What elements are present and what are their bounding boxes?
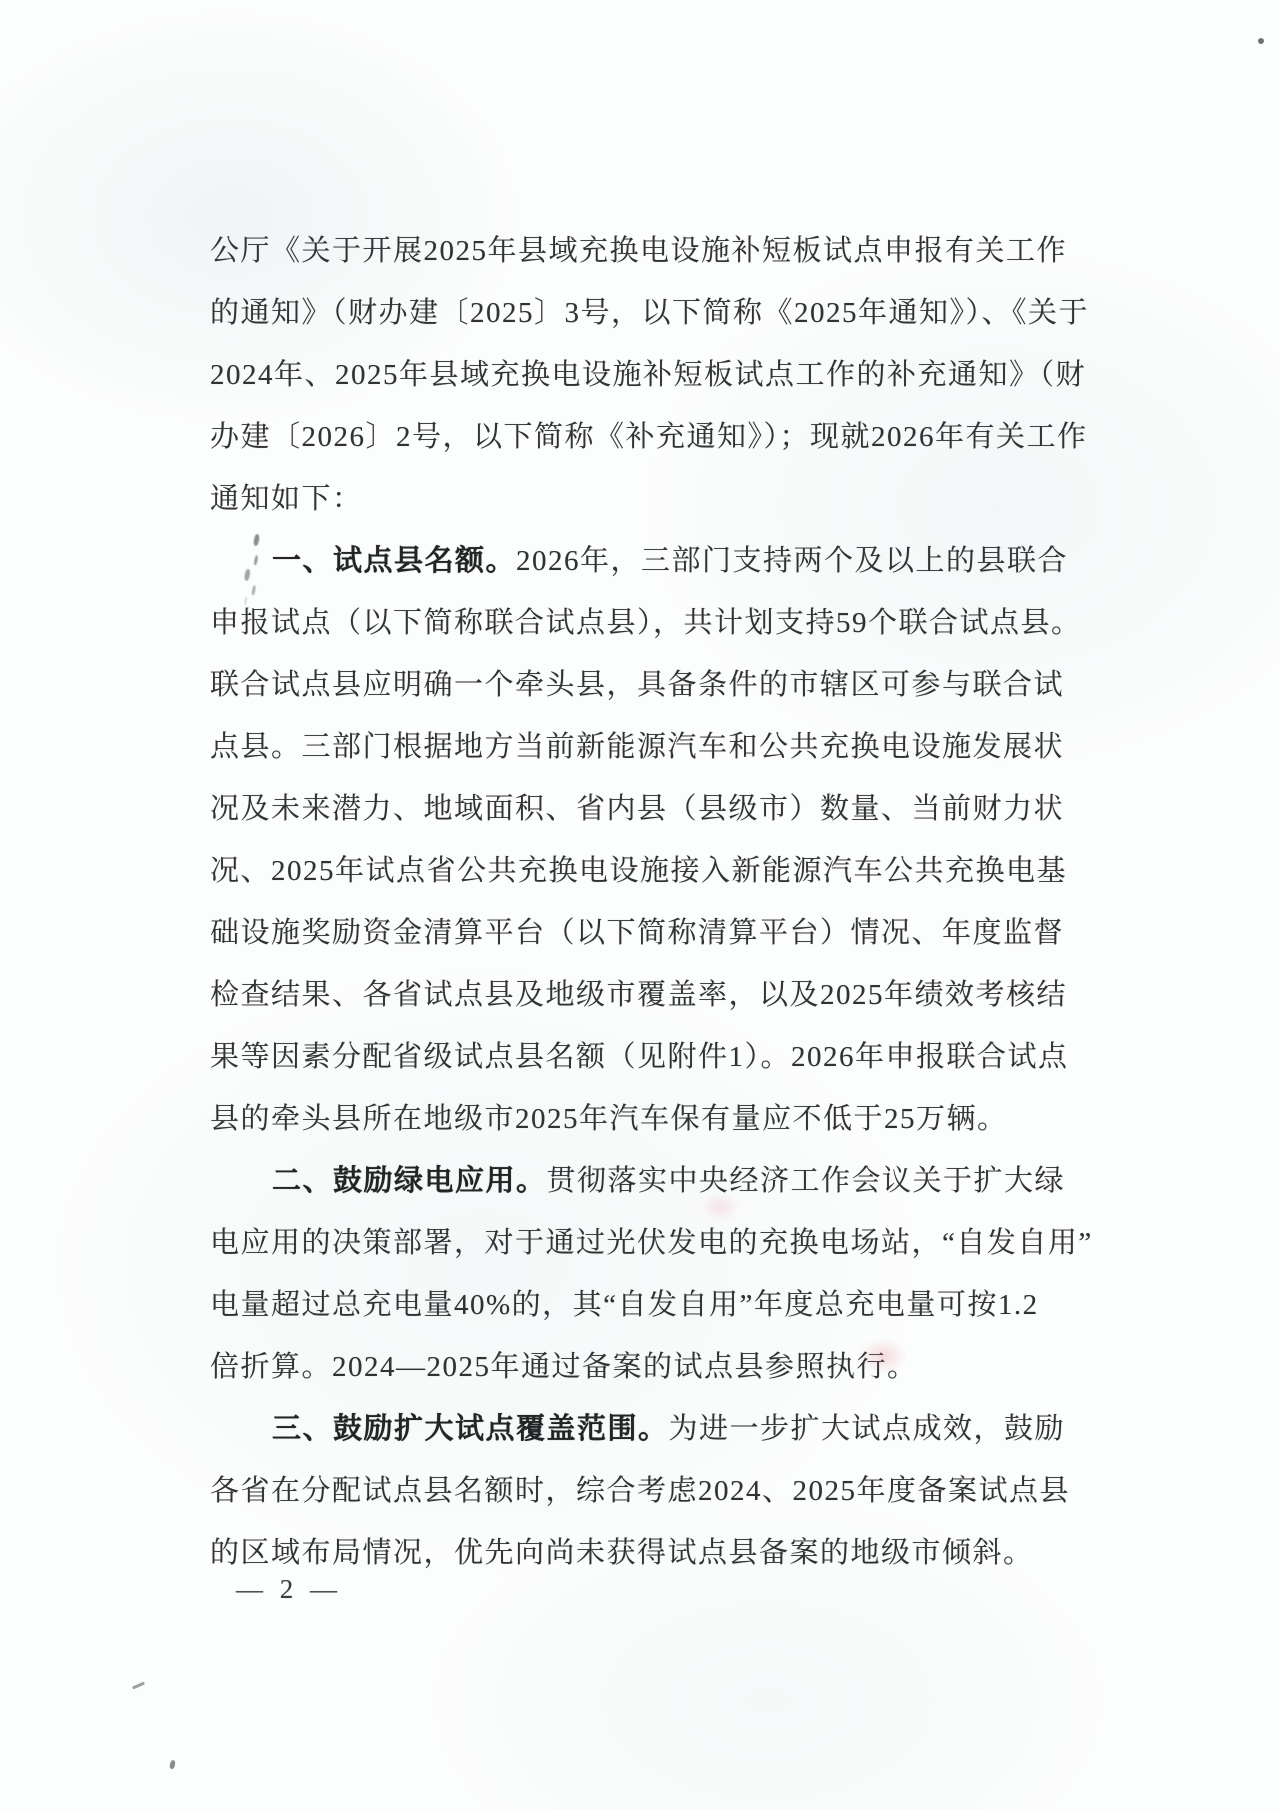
text-line-1: 公厅《关于开展2025年县域充换电设施补短板试点申报有关工作 [210, 228, 1067, 269]
text-line-6: 一、试点县名额。2026年，三部门支持两个及以上的县联合 [272, 538, 1068, 579]
page-number: — 2 — [236, 1574, 342, 1605]
text-line-13: 检查结果、各省试点县及地级市覆盖率，以及2025年绩效考核结 [210, 972, 1067, 1013]
text-line-2: 的通知》（财办建〔2025〕3号，以下简称《2025年通知》）、《关于 [210, 290, 1089, 331]
text-line-21: 各省在分配试点县名额时，综合考虑2024、2025年度备案试点县 [210, 1468, 1070, 1509]
text-line-7: 申报试点（以下简称联合试点县），共计划支持59个联合试点县。 [210, 600, 1082, 641]
text-line-18: 电量超过总充电量40%的，其“自发自用”年度总充电量可按1.2 [210, 1282, 1039, 1323]
text-line-17: 电应用的决策部署，对于通过光伏发电的充换电场站，“自发自用” [210, 1220, 1093, 1261]
text-line-8: 联合试点县应明确一个牵头县，具备条件的市辖区可参与联合试 [210, 662, 1064, 703]
text-line-22: 的区域布局情况，优先向尚未获得试点县备案的地级市倾斜。 [210, 1530, 1034, 1571]
text-line-4: 办建〔2026〕2号，以下简称《补充通知》）；现就2026年有关工作 [210, 414, 1088, 455]
text-line-19: 倍折算。2024—2025年通过备案的试点县参照执行。 [210, 1344, 918, 1385]
text-line-14: 果等因素分配省级试点县名额（见附件1）。2026年申报联合试点 [210, 1034, 1069, 1075]
section-heading: 三、鼓励扩大试点覆盖范围。 [272, 1413, 669, 1445]
text-line-20: 三、鼓励扩大试点覆盖范围。为进一步扩大试点成效，鼓励 [272, 1406, 1065, 1447]
text-line-3: 2024年、2025年县域充换电设施补短板试点工作的补充通知》（财 [210, 352, 1086, 393]
text-line-12: 础设施奖励资金清算平台（以下简称清算平台）情况、年度监督 [210, 910, 1064, 951]
section-heading: 一、试点县名额。 [272, 545, 516, 577]
text-line-9: 点县。三部门根据地方当前新能源汽车和公共充换电设施发展状 [210, 724, 1064, 765]
text-line-10: 况及未来潜力、地域面积、省内县（县级市）数量、当前财力状 [210, 786, 1064, 827]
text-line-15: 县的牵头县所在地级市2025年汽车保有量应不低于25万辆。 [210, 1096, 1008, 1137]
section-heading: 二、鼓励绿电应用。 [272, 1165, 547, 1197]
document-body: 公厅《关于开展2025年县域充换电设施补短板试点申报有关工作的通知》（财办建〔2… [0, 0, 1280, 1810]
text-line-11: 况、2025年试点省公共充换电设施接入新能源汽车公共充换电基 [210, 848, 1067, 889]
text-line-5: 通知如下： [210, 476, 363, 517]
scanned-document-page: 公厅《关于开展2025年县域充换电设施补短板试点申报有关工作的通知》（财办建〔2… [0, 0, 1280, 1810]
text-line-16: 二、鼓励绿电应用。贯彻落实中央经济工作会议关于扩大绿 [272, 1158, 1065, 1199]
